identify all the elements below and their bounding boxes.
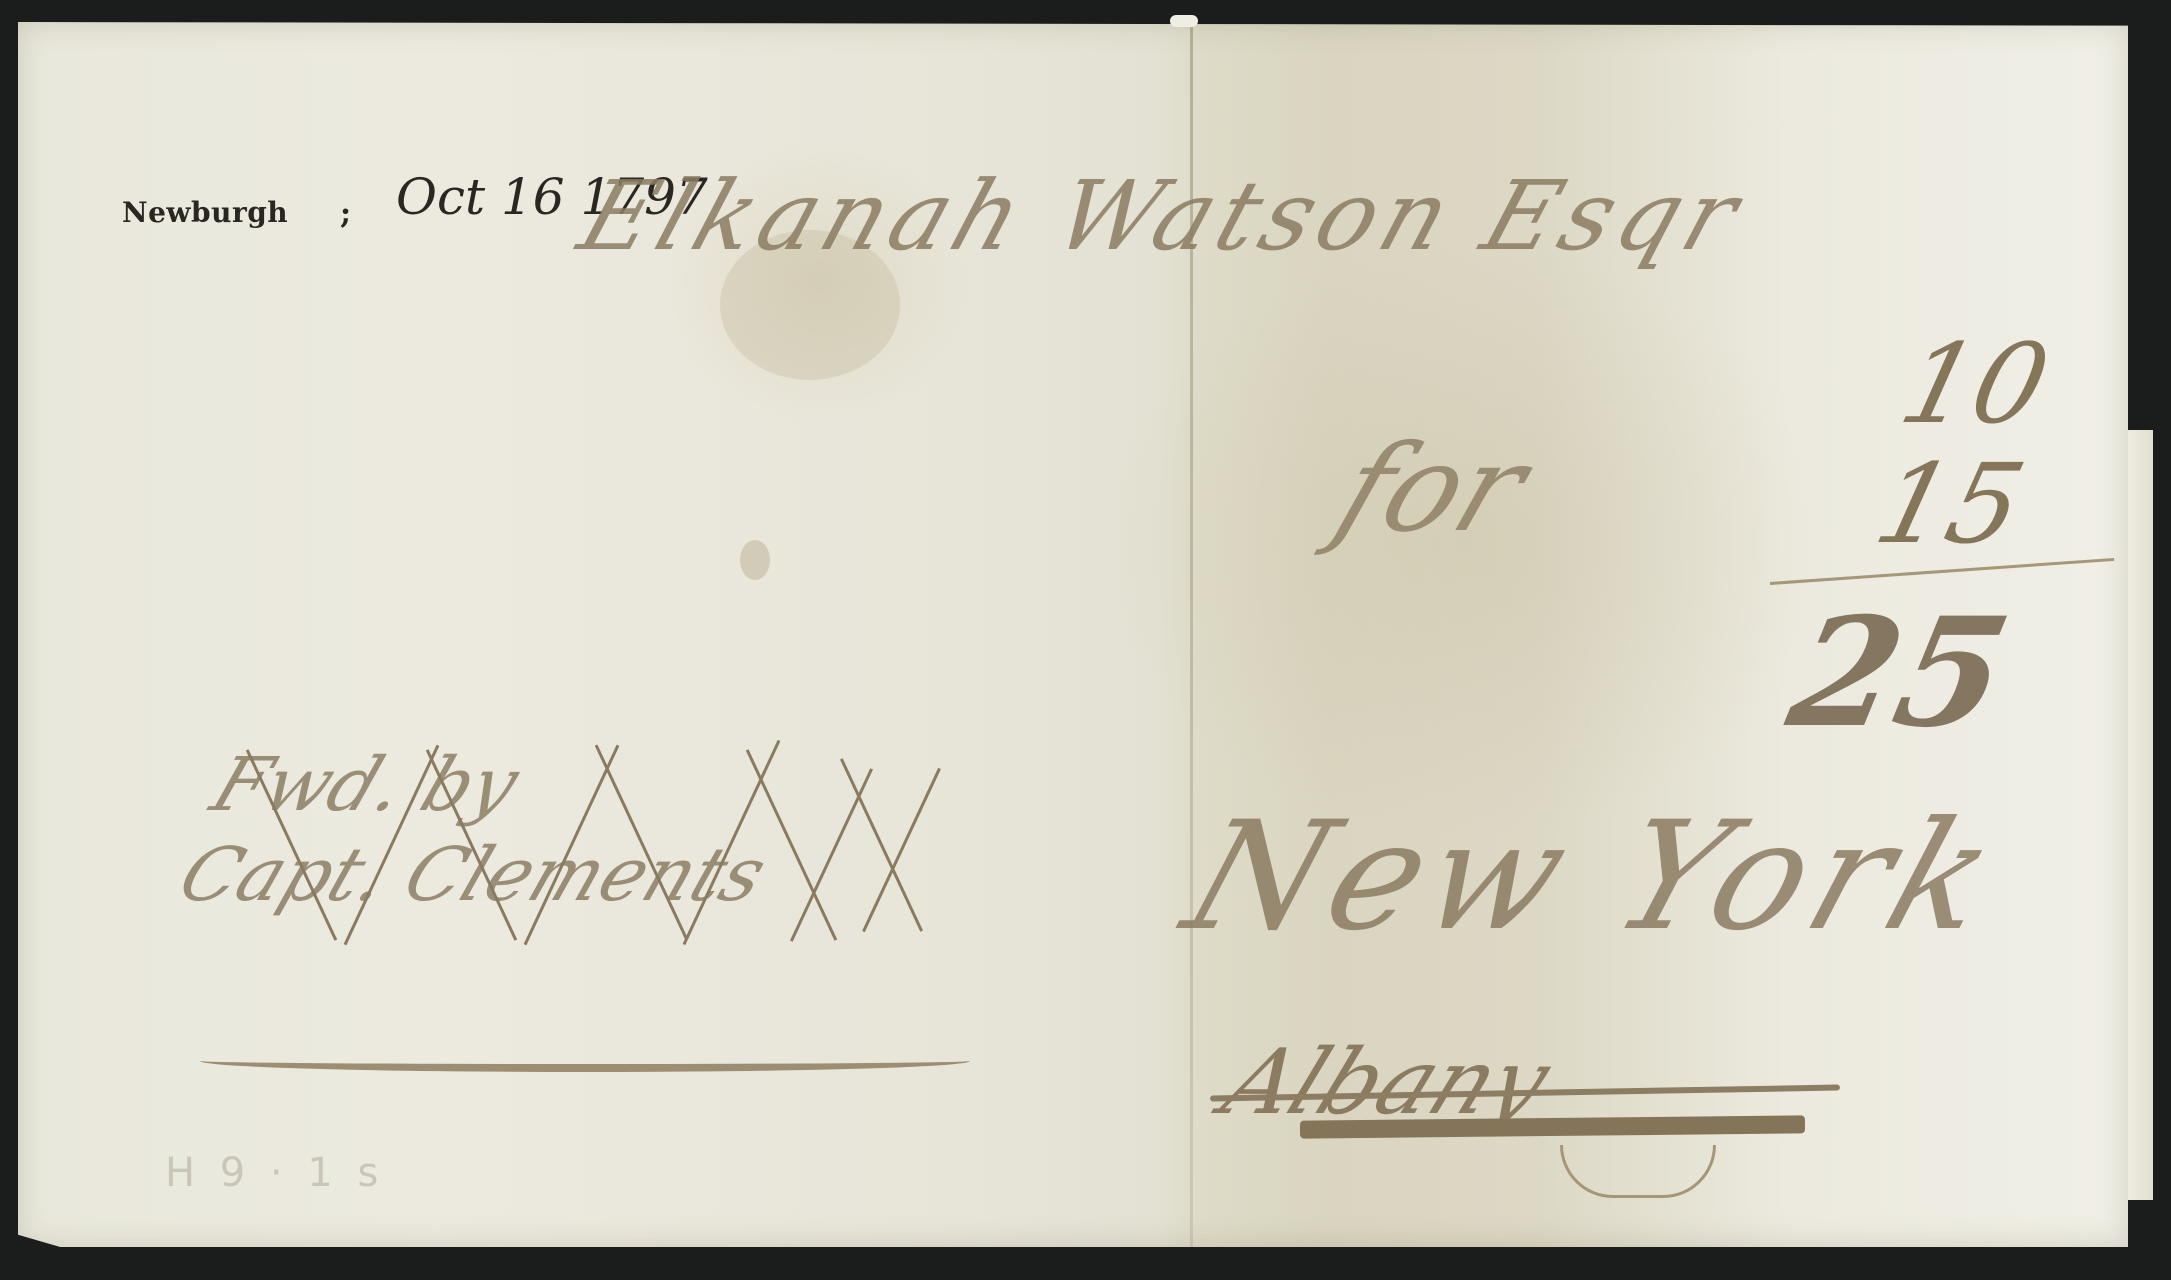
stain xyxy=(740,540,770,580)
rate-total: 25 xyxy=(1776,585,2022,761)
addressee-name: Elkanah Watson Esqr xyxy=(567,160,1757,272)
forwarding-note-line-1: Fwd. by xyxy=(200,740,811,830)
destination-city: New York xyxy=(1167,790,2023,964)
postmark-town: Newburgh xyxy=(122,196,288,229)
paper-nick xyxy=(1170,15,1198,27)
underline-flourish xyxy=(200,1050,970,1072)
forwarding-note: Fwd. by Capt. Clements xyxy=(167,740,811,920)
pencil-notation: H 9 · 1 s xyxy=(165,1150,384,1196)
postmark-separator: ; xyxy=(340,196,351,231)
